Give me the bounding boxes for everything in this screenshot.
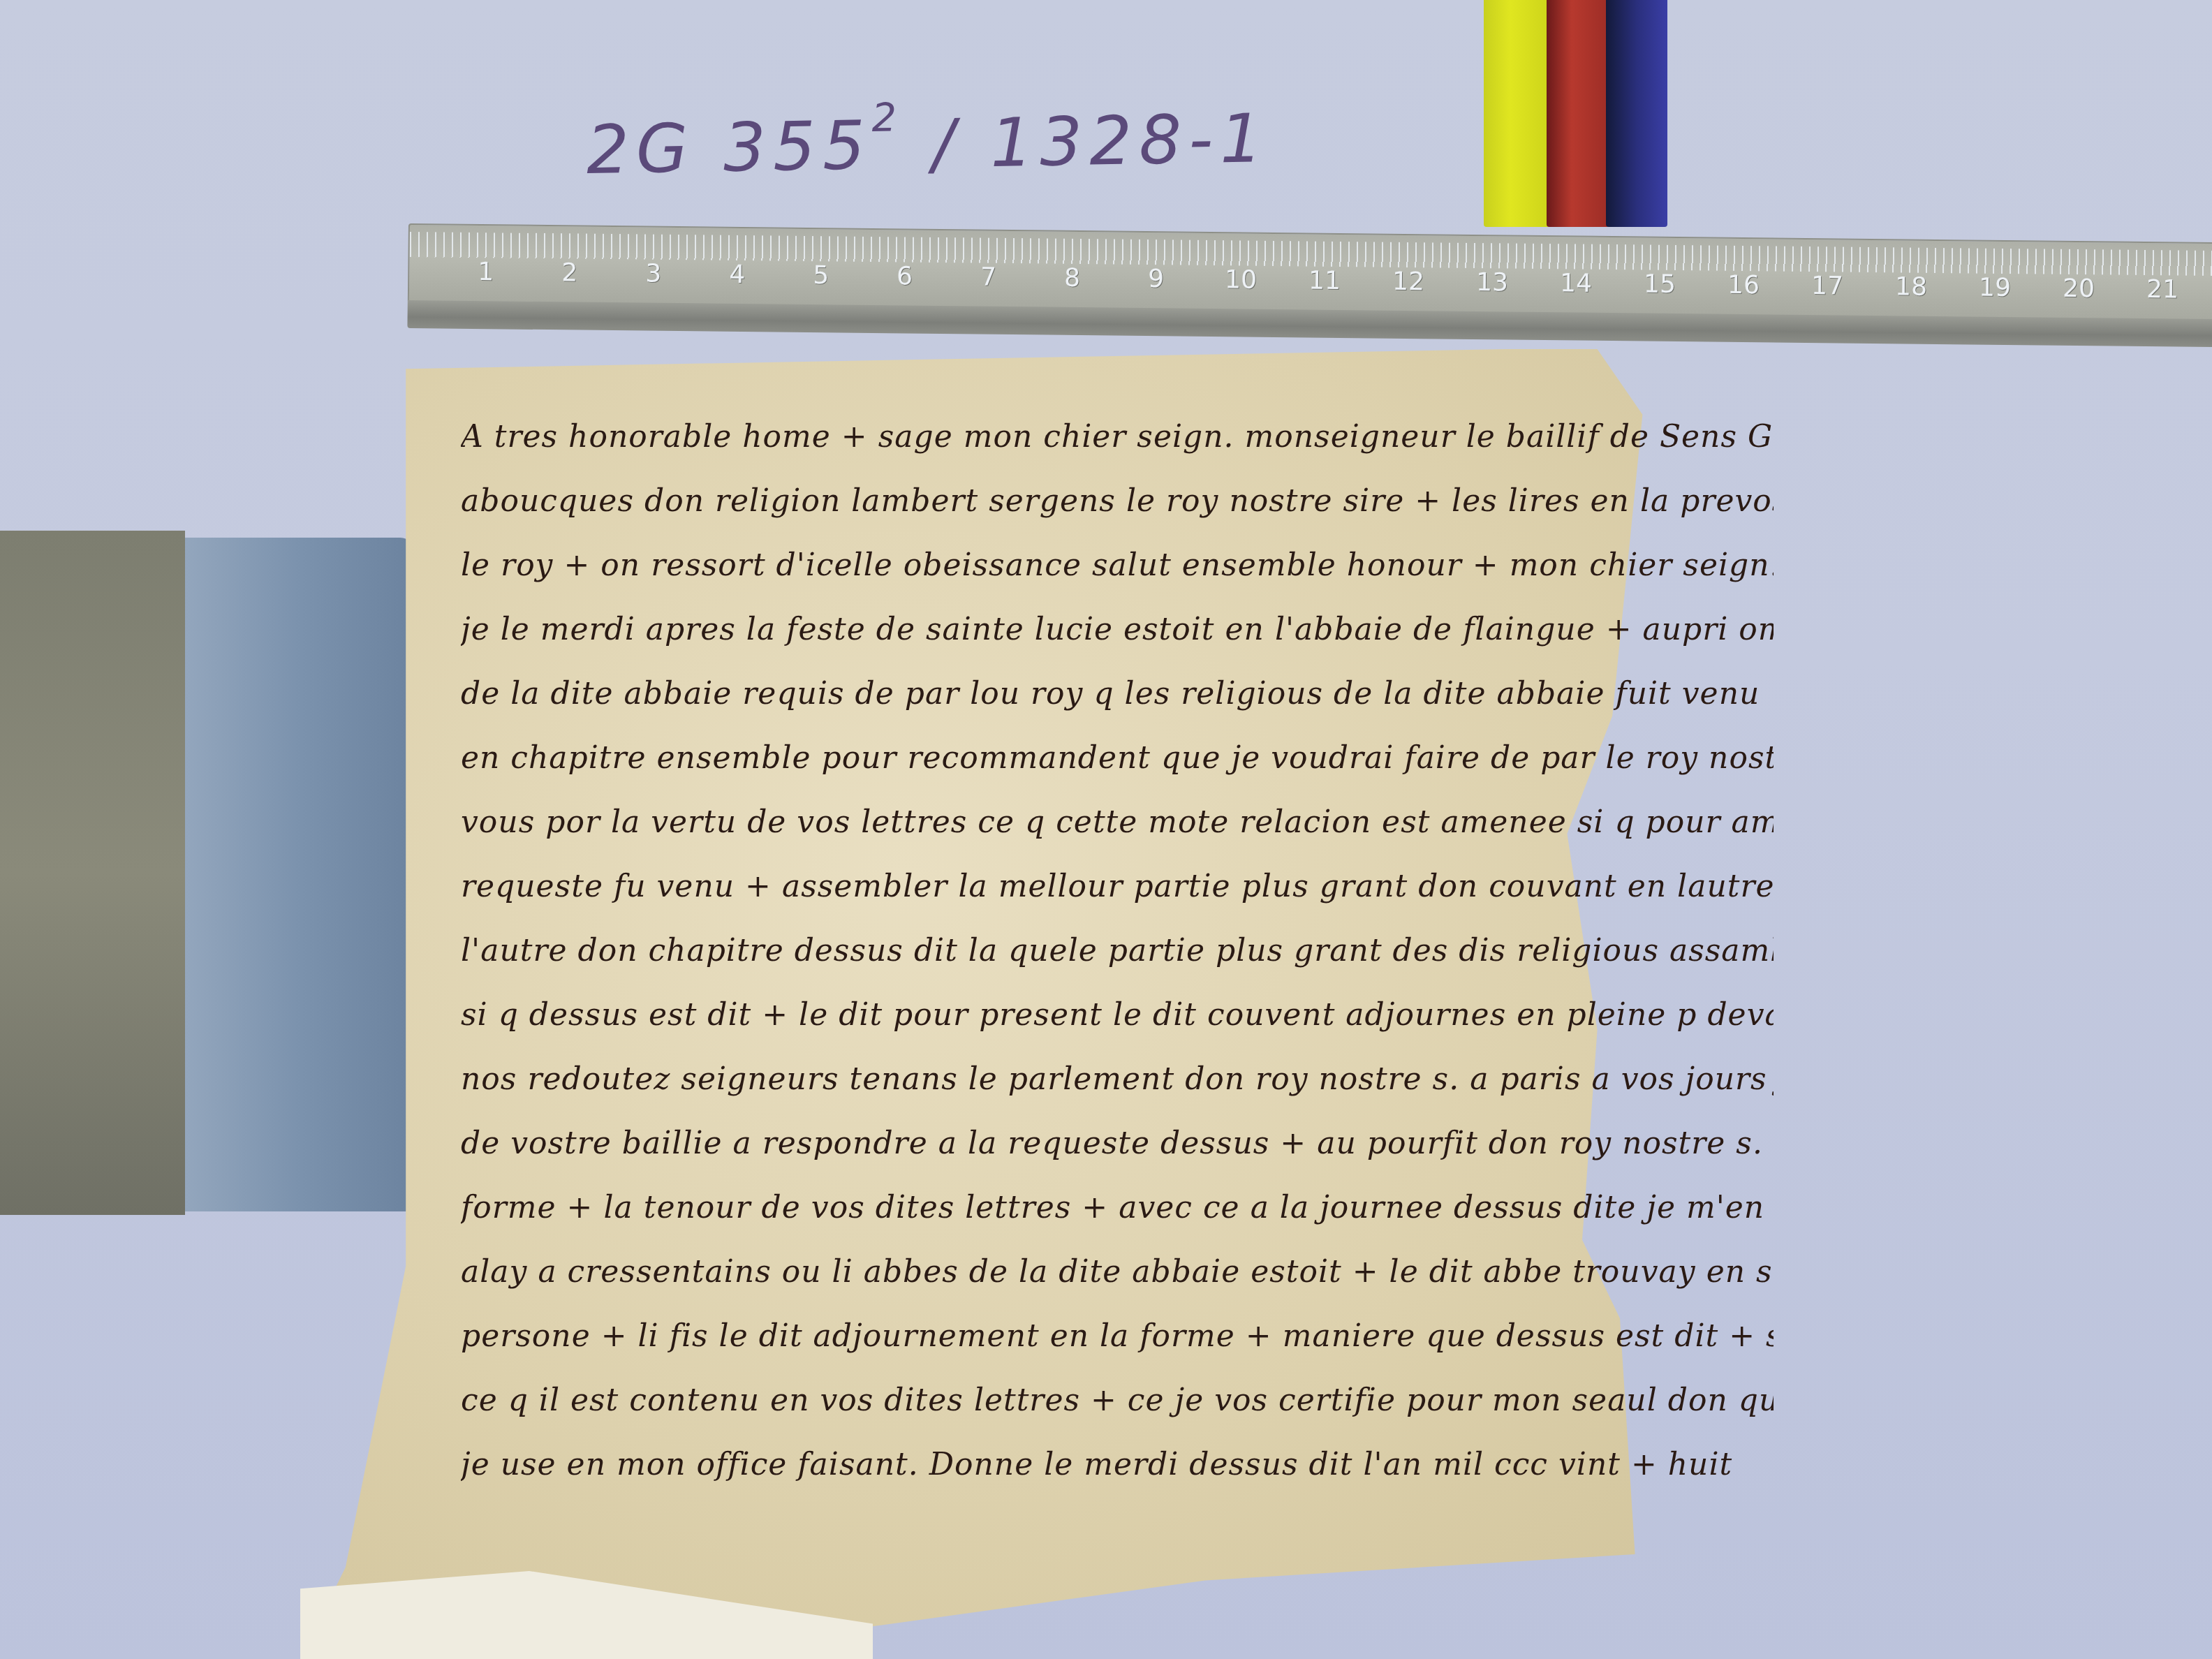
- pencil-blue: [1606, 0, 1667, 227]
- text-line: aboucques don religion lambert sergens l…: [461, 469, 1774, 533]
- pencil-red: [1547, 0, 1609, 227]
- ruler-number: 21: [2146, 275, 2178, 304]
- ruler-number: 9: [1148, 265, 1164, 293]
- text-line: en chapitre ensemble pour recommandent q…: [461, 726, 1774, 790]
- metal-ruler: 1 2 3 4 5 6 7 8 9 10 11 12 13 14 15 16 1…: [407, 223, 2212, 347]
- stone-block-side: [185, 538, 415, 1211]
- text-line: de la dite abbaie requis de par lou roy …: [461, 662, 1774, 726]
- stone-block-front: [0, 531, 185, 1215]
- ruler-number: 4: [729, 260, 745, 289]
- pencil-yellow: [1484, 0, 1550, 227]
- text-line: vous por la vertu de vos lettres ce q ce…: [461, 790, 1774, 855]
- text-line: requeste fu venu + assembler la mellour …: [461, 855, 1774, 919]
- ruler-number: 15: [1644, 270, 1676, 299]
- charter-text: A tres honorable home + sage mon chier s…: [461, 405, 1774, 1497]
- ruler-number: 20: [2063, 274, 2095, 303]
- ruler-number: 12: [1392, 267, 1424, 296]
- ruler-number: 17: [1811, 272, 1843, 300]
- ruler-number: 16: [1727, 271, 1760, 300]
- ruler-number: 6: [897, 262, 913, 290]
- stone-weight-block: [0, 531, 419, 1215]
- shelfmark-suffix: / 1328-1: [931, 99, 1270, 183]
- text-line: ce q il est contenu en vos dites lettres…: [461, 1369, 1774, 1433]
- text-line: forme + la tenour de vos dites lettres +…: [461, 1176, 1774, 1240]
- text-line: nos redoutez seigneurs tenans le parleme…: [461, 1047, 1774, 1112]
- text-line: si q dessus est dit + le dit pour presen…: [461, 983, 1774, 1047]
- ruler-number: 2: [561, 258, 577, 287]
- text-line: persone + li fis le dit adjournement en …: [461, 1304, 1774, 1369]
- shelfmark-superscript: 2: [871, 95, 904, 141]
- shelfmark-label: 2G 3552 / 1328-1: [586, 98, 1313, 202]
- ruler-number: 18: [1895, 272, 1927, 301]
- text-line: A tres honorable home + sage mon chier s…: [461, 405, 1774, 469]
- ruler-number: 19: [1979, 274, 2011, 302]
- text-line: le roy + on ressort d'icelle obeissance …: [461, 533, 1774, 598]
- ruler-number: 13: [1476, 268, 1508, 297]
- ruler-number: 5: [813, 261, 829, 290]
- ruler-number: 11: [1308, 267, 1341, 295]
- shelfmark-main: 2G 355: [586, 106, 873, 189]
- text-line: je use en mon office faisant. Donne le m…: [461, 1433, 1774, 1497]
- ruler-number: 10: [1225, 265, 1257, 294]
- text-line: de vostre baillie a respondre a la reque…: [461, 1112, 1774, 1176]
- text-line: je le merdi apres la feste de sainte luc…: [461, 598, 1774, 662]
- text-line: l'autre don chapitre dessus dit la quele…: [461, 919, 1774, 983]
- ruler-number: 3: [645, 260, 661, 288]
- ruler-number: 1: [478, 258, 494, 286]
- ruler-number: 14: [1560, 269, 1592, 297]
- text-line: alay a cressentains ou li abbes de la di…: [461, 1240, 1774, 1304]
- ruler-number: 8: [1064, 264, 1080, 293]
- ruler-number: 7: [980, 263, 996, 292]
